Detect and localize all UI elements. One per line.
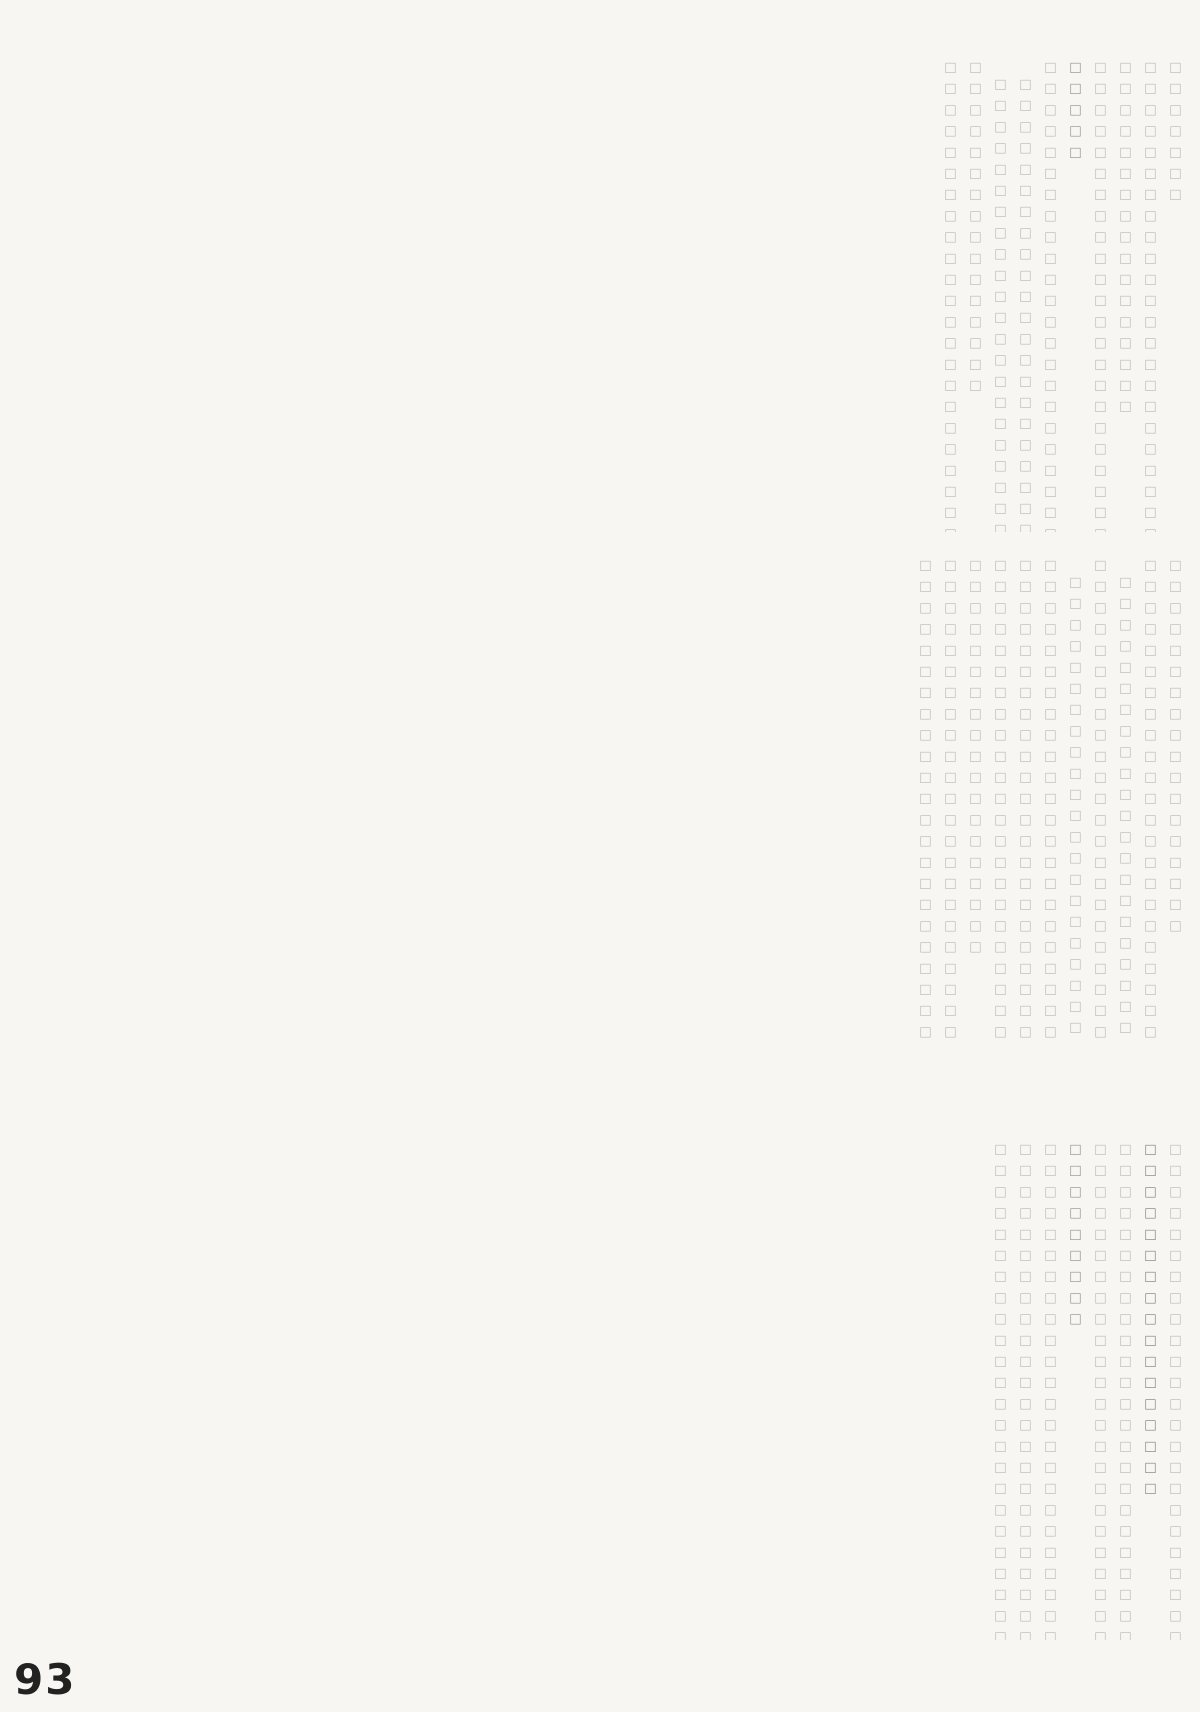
list-item: □□□□□□□□□□□□□□□□□□□□□□□□□□	[1013, 556, 1038, 1044]
paragraph: □□□□□□□□□□□□□□□□□□□□□□□□□□□□□□□□□□□□□□□□…	[1013, 58, 1038, 532]
paragraph: □□□□□□□□□□□□□□□□□□□□□□□□□□□□□□□□□□□□□□□□…	[1013, 1140, 1038, 1640]
list-item: □□□□□□□□□□□□□□□□□□□□□□□□□□□□□□□	[938, 58, 963, 532]
paragraph: □□□□□□□□□□□□□□□□□□□□□□□□□□□□□□□□□□□□□□□□…	[1088, 1140, 1113, 1640]
list-item: □□□□□□□□□□□□□□□□□□□□□□□□□□□□□□□□□□□□□□□□…	[938, 556, 963, 1044]
list-item: □□□□□□□□□□□□□□□□□□□□□□□□□□□□□□□□□□□□□□□	[1138, 556, 1163, 1044]
list-item: □□□□□□□□□□□□□□□□□□□□□□□□□□□□□	[988, 556, 1013, 1044]
text-band-top: □□□□□□□□□□□□□□□□□□□□□□□□□□□□□□□□□□□□□□□□…	[938, 58, 1188, 532]
list-item: □□□□□□□□□□□□□□□□□□□	[963, 556, 988, 1044]
paragraph: □□□□□□□□□□□□□□□□□□□□□□□□	[913, 556, 938, 1044]
list-item: □□□□□□□□□□□□□□□□□	[1113, 58, 1138, 532]
paragraph: □□□□□□□□□□□□□□□□□□□□□□□□	[988, 1140, 1013, 1640]
text-band-middle: □□□□□□□□□□□□□□□□□□□□□□□□□□□□□□□□□□□□□□□□…	[913, 556, 1188, 1044]
list-item: □□□□□□□□□□□□□□□□□□□□□□□□□□□□	[1088, 58, 1113, 532]
list-item: □□□□□□□□□□□□□□□□	[963, 58, 988, 532]
text-band-bottom: □□□□□□□□□□□□□□□□□□□□□□□□□□□□□□□□□□□□□□□□…	[988, 1140, 1188, 1640]
paragraph: □□□□□□□□□□□□□□□□□□□□□□□□□□□□□□□□□□□□□□□□…	[1113, 556, 1138, 1044]
section-heading: □□□□□□□□□	[1063, 1140, 1088, 1640]
section-heading: □□□□□	[1063, 58, 1088, 532]
section-heading: □□□□□□□□□□□□□□□□□	[1138, 1140, 1163, 1640]
paragraph: □□□□□□□□□□□□□□□□□□□□□□□□□□□□□□□□□□□□□□□□…	[1063, 556, 1088, 1044]
list-item: □□□□□□□□□□□□□□□□□□□□□□□□□□	[1138, 58, 1163, 532]
list-item: □□□□□□□	[1163, 58, 1188, 532]
document-page: □□□□□□□□□□□□□□□□□□□□□□□□□□□□□□□□□□□□□□□□…	[0, 0, 1200, 1712]
page-number: 93	[14, 1655, 76, 1704]
paragraph: □□□□□□□□□□□□□□□□□□□□□□□□□□□□□□□□□□□□□□□□	[1038, 556, 1063, 1044]
paragraph: □□□□□□□□□□□□□□□□□□□□□□□□□□□□□□□□□□□□□□□□…	[1088, 556, 1113, 1044]
paragraph: □□□□□□□□□□□□□□□□□□□□□□□□□□□□□□□□□□□□□□□	[988, 58, 1013, 532]
paragraph: □□□□□□□□□□□□□□□□□□□□□□□□□□□□□□□□□□□□□□□□…	[1038, 58, 1063, 532]
paragraph: □□□□□□□□□□□□□□□□□□□□□□□□□□□□□□□□□□□□□□□□…	[1113, 1140, 1138, 1640]
paragraph: □□□□□□□□□□□□□□□□□□□□□□□□□□□□□□□□□□□□□□□□…	[1038, 1140, 1063, 1640]
paragraph: □□□□□□□□□□□□□□□□□□□□□□□□□□□□□□□□□□□□□□□□…	[1163, 1140, 1188, 1640]
list-item: □□□□□□□□□□□□□□□□□□	[1163, 556, 1188, 1044]
